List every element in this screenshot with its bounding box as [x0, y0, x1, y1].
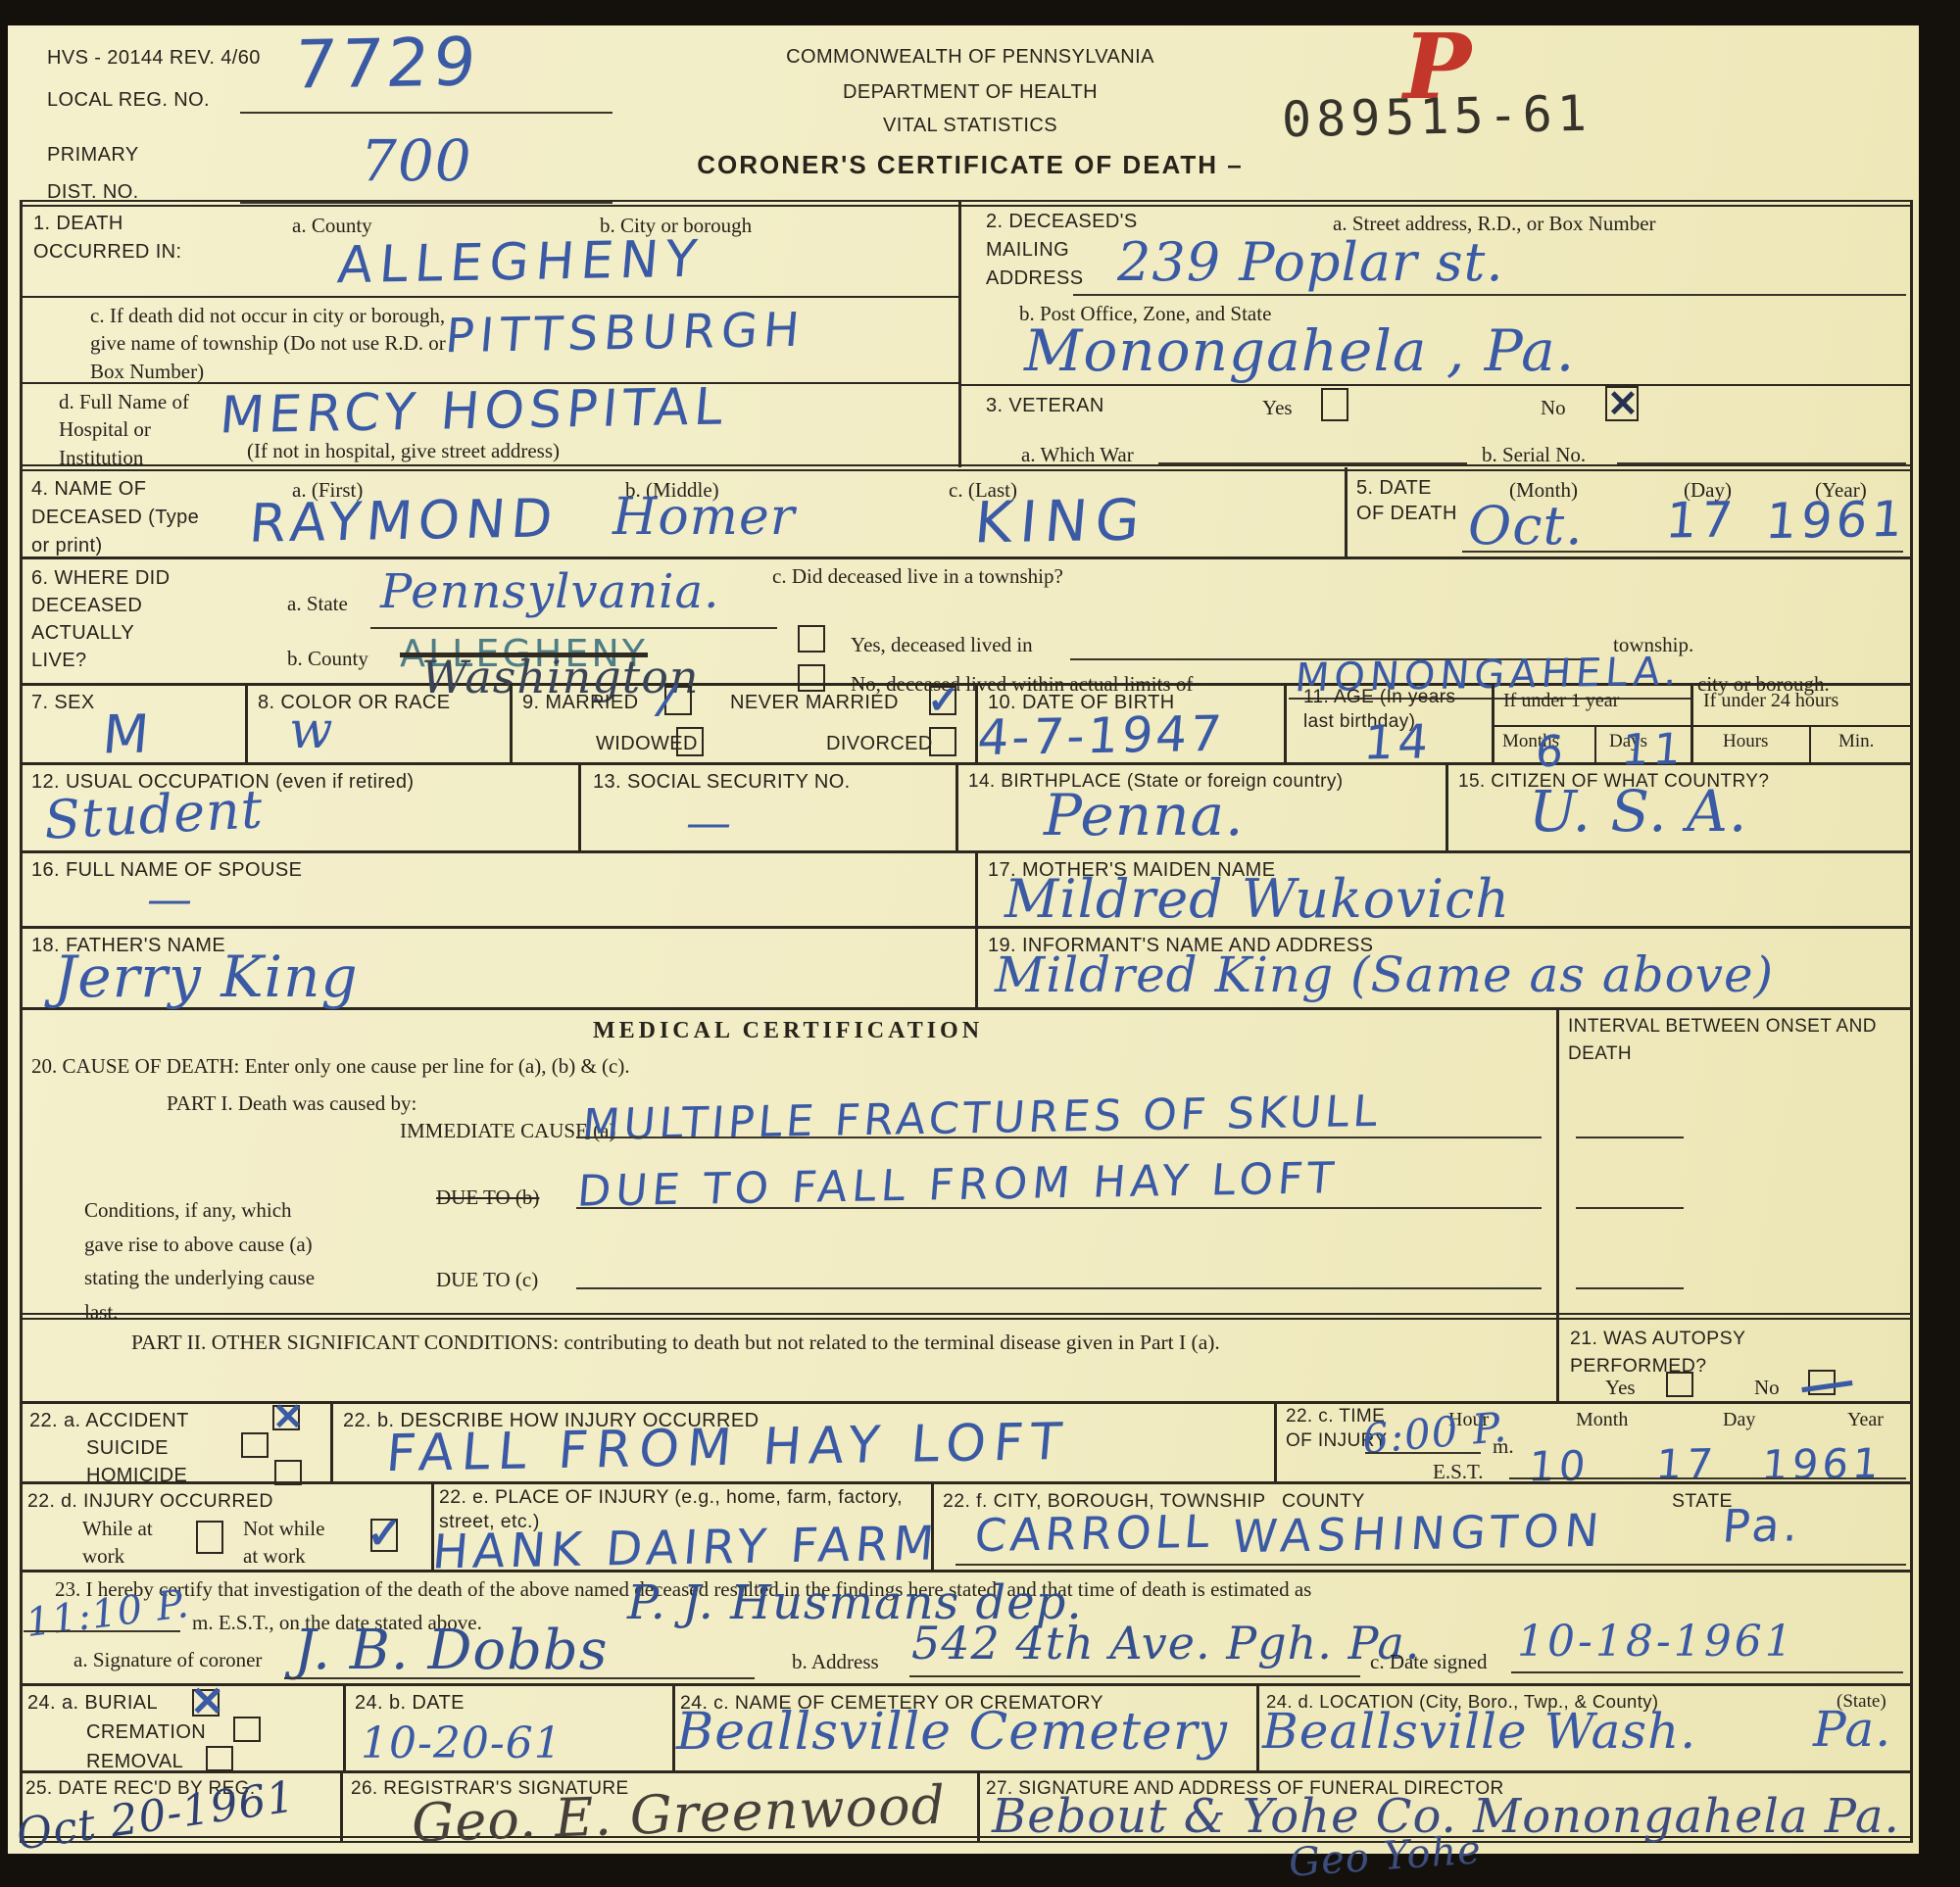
veteran-no-check-mark: ✕	[1607, 382, 1639, 426]
rule	[1910, 200, 1913, 1843]
first-name-value: RAYMOND	[247, 487, 561, 554]
rule	[977, 1770, 980, 1841]
autopsy-yes-checkbox	[1666, 1372, 1693, 1397]
writing-line	[1365, 1452, 1481, 1454]
name-of-deceased-heading: 4. NAME OF DECEASED (Type or print)	[31, 475, 208, 560]
cause-of-death-label: 20. CAUSE OF DEATH: Enter only one cause…	[31, 1052, 630, 1080]
rule	[955, 762, 958, 850]
est-label: E.S.T.	[1433, 1458, 1484, 1485]
interval-line	[1576, 1137, 1684, 1138]
cemetery-value: Beallsville Cemetery	[676, 1703, 1228, 1762]
writing-line	[1158, 462, 1467, 464]
not-while-label: Not while	[243, 1515, 324, 1542]
homicide-checkbox	[274, 1460, 302, 1485]
homicide-label: HOMICIDE	[86, 1462, 187, 1490]
injury-day-label: Day	[1723, 1407, 1755, 1433]
rule	[20, 556, 1913, 559]
rule	[1445, 762, 1448, 850]
death-year-value: 1961	[1763, 491, 1909, 550]
under-24-hours-label: If under 24 hours	[1703, 688, 1838, 714]
rule	[958, 384, 1913, 386]
township-yes-checkbox	[798, 625, 825, 653]
not-at-work-mark: ✓	[367, 1509, 403, 1559]
under-1-year-label: If under 1 year	[1503, 688, 1619, 714]
spouse-value: —	[147, 872, 193, 925]
writing-line	[24, 1630, 180, 1632]
writing-line	[1073, 294, 1906, 296]
injury-day-value: 17	[1654, 1439, 1719, 1488]
burial-date-value: 10-20-61	[361, 1718, 563, 1768]
death-occurred-heading: 1. DEATH OCCURRED IN:	[33, 210, 200, 266]
date-signed-label: c. Date signed	[1370, 1648, 1488, 1675]
rule	[20, 464, 1913, 471]
rule	[20, 200, 1913, 207]
middle-name-value: Homer	[612, 488, 796, 547]
township-note-label: c. If death did not occur in city or bor…	[90, 302, 482, 385]
rule	[20, 1770, 1913, 1773]
local-reg-line	[240, 112, 612, 114]
autopsy-yes-label: Yes	[1605, 1374, 1636, 1401]
writing-line	[576, 1207, 1542, 1209]
death-day-value: 17	[1663, 491, 1739, 549]
rule	[578, 762, 581, 850]
place-of-injury-value: HANK DAIRY FARM	[430, 1517, 941, 1580]
rule	[20, 1481, 1913, 1484]
rule	[20, 296, 958, 298]
coroner-signature: J. B. Dobbs	[294, 1619, 609, 1682]
which-war-label: a. Which War	[1021, 441, 1134, 468]
m-label: m.	[1493, 1432, 1514, 1460]
coroner-address-label: b. Address	[792, 1648, 879, 1675]
min-label: Min.	[1838, 729, 1874, 754]
accident-mark: ✕	[272, 1395, 304, 1439]
injury-occurred-heading: 22. d. INJURY OCCURRED	[27, 1487, 273, 1515]
rule	[510, 683, 513, 762]
sex-value: M	[100, 703, 155, 766]
township-yes-text: Yes, deceased lived in	[851, 631, 1033, 658]
rule	[1256, 1683, 1259, 1770]
rule	[340, 1770, 343, 1841]
cemetery-location-state-value: Pa.	[1813, 1701, 1891, 1758]
writing-line	[1462, 551, 1903, 553]
rule	[1345, 467, 1347, 556]
dist-no-value: 700	[361, 127, 472, 194]
form-number: HVS - 20144 REV. 4/60	[47, 44, 261, 73]
date-of-death-heading: 5. DATE OF DEATH	[1356, 475, 1464, 526]
writing-line	[284, 1677, 755, 1679]
race-heading: 8. COLOR OR RACE	[258, 689, 450, 717]
state-label: a. State	[287, 590, 348, 617]
veteran-yes-checkbox	[1321, 388, 1348, 421]
divorced-checkbox	[929, 727, 956, 756]
county-value: ALLEGHENY	[335, 230, 706, 295]
date-of-birth-value: 4-7-1947	[975, 705, 1226, 766]
veteran-no-label: No	[1541, 394, 1566, 421]
rule	[958, 200, 961, 467]
due-to-b-label: DUE TO (b)	[436, 1184, 539, 1211]
cremation-checkbox	[233, 1717, 261, 1742]
suicide-checkbox	[241, 1432, 269, 1458]
county-residence-label: b. County	[287, 645, 368, 672]
accident-label: 22. a. ACCIDENT	[29, 1407, 189, 1435]
due-to-c-label: DUE TO (c)	[436, 1266, 538, 1293]
hospital-label: d. Full Name of Hospital or Institution	[59, 388, 220, 471]
autopsy-no-label: No	[1754, 1374, 1780, 1401]
conditions-note: Conditions, if any, which gave rise to a…	[84, 1193, 334, 1330]
township-no-checkbox	[798, 664, 825, 692]
citizen-value: U. S. A.	[1529, 778, 1747, 845]
cremation-label: CREMATION	[86, 1718, 206, 1747]
interval-heading: INTERVAL BETWEEN ONSET AND DEATH	[1568, 1013, 1901, 1067]
married-label: 9. MARRIED	[522, 689, 638, 717]
certificate-title: CORONER'S CERTIFICATE OF DEATH –	[578, 147, 1362, 184]
divorced-label: DIVORCED	[826, 730, 933, 758]
rule	[1594, 725, 1596, 762]
medical-certification-heading: MEDICAL CERTIFICATION	[20, 1015, 1556, 1046]
interval-line	[1576, 1207, 1684, 1209]
burial-date-heading: 24. b. DATE	[355, 1689, 465, 1718]
rule	[1809, 725, 1811, 762]
post-office-value: Monongahela , Pa.	[1024, 317, 1575, 384]
informant-value: Mildred King (Same as above)	[995, 946, 1774, 1003]
rule	[245, 683, 248, 762]
while-at-label: While at	[82, 1515, 153, 1542]
rule	[1284, 683, 1287, 762]
veteran-yes-label: Yes	[1262, 394, 1293, 421]
father-name-value: Jerry King	[54, 943, 359, 1010]
injury-year-label: Year	[1847, 1407, 1884, 1433]
removal-label: REMOVAL	[86, 1748, 183, 1776]
hours-label: Hours	[1723, 729, 1768, 754]
removal-checkbox	[206, 1746, 233, 1771]
rule	[672, 1683, 675, 1770]
part1-label: PART I. Death was caused by:	[167, 1089, 416, 1117]
injury-county-value: WASHINGTON	[1230, 1504, 1606, 1564]
rule	[1690, 683, 1693, 762]
veteran-heading: 3. VETERAN	[986, 392, 1104, 420]
state-value: Pennsylvania.	[380, 564, 719, 619]
ssn-heading: 13. SOCIAL SECURITY NO.	[593, 768, 851, 797]
writing-line	[576, 1137, 1542, 1138]
rule	[20, 1683, 1913, 1686]
writing-line	[909, 1675, 1360, 1677]
injury-year-value: 1961	[1760, 1439, 1885, 1489]
death-month-value: Oct.	[1468, 495, 1583, 556]
city-value: PITTSBURGH	[443, 303, 808, 363]
writing-line	[1617, 462, 1906, 464]
rule	[975, 926, 978, 1007]
rule	[343, 1683, 346, 1770]
rule	[20, 850, 1913, 853]
last-name-value: KING	[972, 486, 1151, 556]
writing-line	[370, 627, 777, 629]
writing-line	[1509, 1477, 1906, 1479]
at-work-label: at work	[243, 1542, 306, 1570]
injury-city-value: CARROLL	[972, 1505, 1215, 1562]
sex-heading: 7. SEX	[31, 689, 95, 717]
never-married-check-mark: ✓	[927, 678, 960, 723]
rule	[975, 850, 978, 926]
mother-maiden-value: Mildred Wukovich	[1004, 868, 1510, 930]
injury-state-value: Pa.	[1721, 1498, 1804, 1552]
date-signed-value: 10-18-1961	[1517, 1617, 1795, 1667]
certificate-number-stamp: 089515-61	[1281, 85, 1592, 149]
rule	[20, 926, 1913, 929]
rule	[330, 1401, 333, 1481]
rule	[1274, 1401, 1277, 1481]
suicide-label: SUICIDE	[86, 1434, 169, 1463]
serial-no-label: b. Serial No.	[1482, 441, 1586, 468]
commonwealth-line: COMMONWEALTH OF PENNSYLVANIA	[627, 43, 1313, 72]
scanned-death-certificate: HVS - 20144 REV. 4/60 LOCAL REG. NO. 772…	[0, 0, 1960, 1887]
occupation-value: Student	[43, 778, 265, 851]
how-injury-value: FALL FROM HAY LOFT	[384, 1413, 1072, 1483]
where-lived-heading: 6. WHERE DID DECEASED ACTUALLY LIVE?	[31, 564, 188, 674]
local-reg-label: LOCAL REG. NO.	[47, 86, 210, 115]
burial-label: 24. a. BURIAL	[27, 1689, 158, 1718]
rule	[20, 1570, 1913, 1572]
birthplace-value: Penna.	[1044, 782, 1244, 848]
writing-line	[1511, 1671, 1903, 1673]
rule	[1492, 683, 1494, 762]
injury-month-label: Month	[1576, 1407, 1628, 1433]
part2-text: PART II. OTHER SIGNIFICANT CONDITIONS: c…	[131, 1329, 1220, 1357]
township-question-label: c. Did deceased live in a township?	[772, 562, 1063, 590]
writing-line	[576, 1287, 1542, 1289]
department-line: DEPARTMENT OF HEALTH	[627, 78, 1313, 107]
widowed-checkbox	[676, 727, 704, 756]
hospital-value: MERCY HOSPITAL	[218, 377, 730, 445]
married-slash-mark: ∕	[662, 674, 670, 727]
vital-statistics-line: VITAL STATISTICS	[627, 112, 1313, 140]
cemetery-location-value: Beallsville Wash.	[1262, 1703, 1696, 1760]
signature-of-coroner-label: a. Signature of coroner	[73, 1646, 262, 1673]
writing-line	[955, 1564, 1906, 1566]
local-reg-value: 7729	[290, 24, 482, 104]
street-address-value: 239 Poplar st.	[1117, 231, 1503, 293]
injury-month-value: 10	[1527, 1441, 1592, 1490]
ssn-value: —	[686, 796, 732, 848]
coroner-address-value: 542 4th Ave. Pgh. Pa.	[911, 1617, 1420, 1669]
while-at-work-checkbox	[196, 1521, 223, 1554]
primary-label: PRIMARY	[47, 141, 139, 169]
rule	[1556, 1007, 1559, 1401]
age-value: 14	[1361, 714, 1434, 770]
race-value: w	[289, 702, 334, 760]
never-married-label: NEVER MARRIED	[730, 689, 899, 717]
work-label: work	[82, 1542, 124, 1570]
interval-line	[1576, 1287, 1684, 1289]
